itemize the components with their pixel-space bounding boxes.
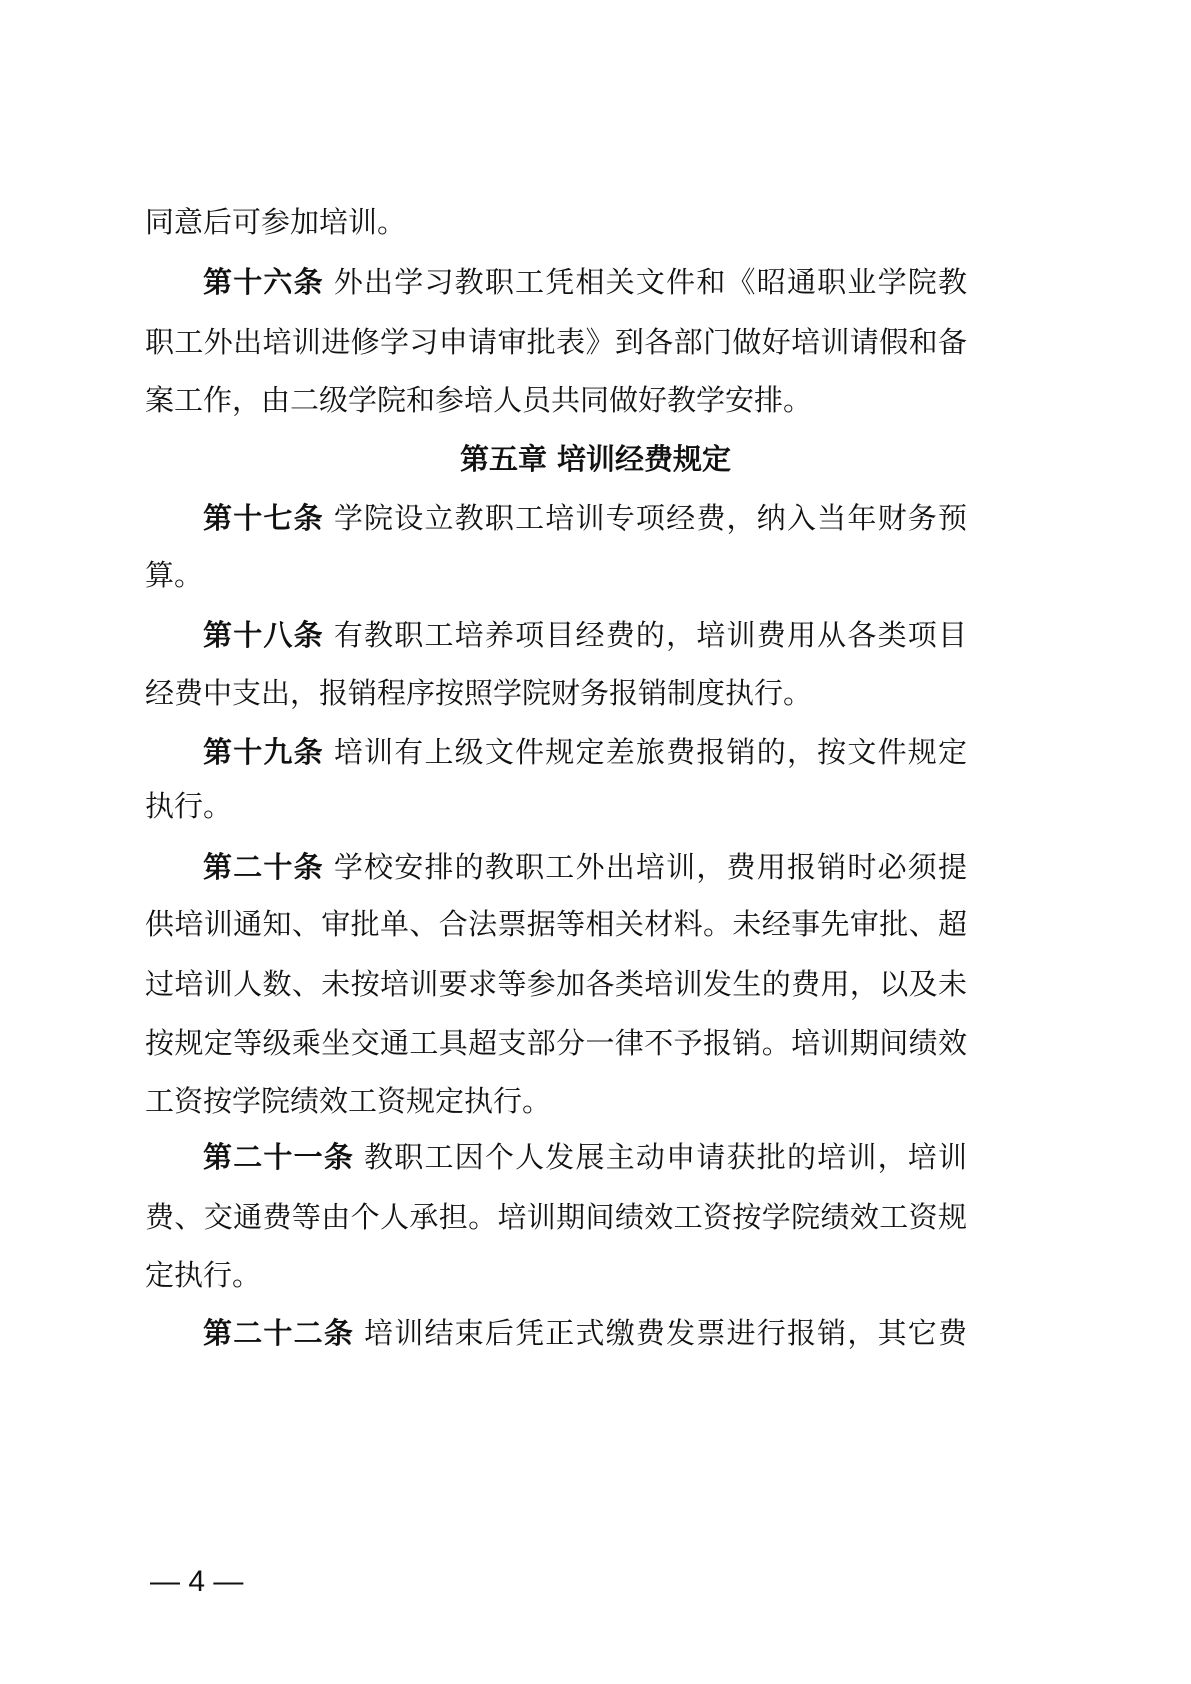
article-18: 第十八条有教职工培养项目经费的，培训费用从各类项目 <box>203 617 967 653</box>
paragraph-line: 供培训通知、审批单、合法票据等相关材料。未经事先审批、超 <box>145 906 967 942</box>
line-text: 算。 <box>145 558 203 592</box>
page-number: — 4 — <box>150 1564 243 1600</box>
line-text: 供培训通知、审批单、合法票据等相关材料。未经事先审批、超 <box>145 907 967 941</box>
chapter-heading: 第五章 培训经费规定 <box>0 441 1191 477</box>
article-16: 第十六条外出学习教职工凭相关文件和《昭通职业学院教 <box>203 264 967 300</box>
line-text: 教职工因个人发展主动申请获批的培训，培训 <box>364 1140 967 1174</box>
paragraph-line: 算。 <box>145 557 967 593</box>
line-text: 执行。 <box>145 789 232 823</box>
line-text: 工资按学院绩效工资规定执行。 <box>145 1084 551 1118</box>
article-17: 第十七条学院设立教职工培训专项经费，纳入当年财务预 <box>203 500 967 536</box>
line-text: 定执行。 <box>145 1258 261 1292</box>
line-text: 案工作，由二级学院和参培人员共同做好教学安排。 <box>145 383 812 417</box>
article-label: 第二十二条 <box>203 1316 354 1350</box>
line-text: 过培训人数、未按培训要求等参加各类培训发生的费用，以及未 <box>145 967 967 1001</box>
article-21: 第二十一条教职工因个人发展主动申请获批的培训，培训 <box>203 1139 967 1175</box>
article-20: 第二十条学校安排的教职工外出培训，费用报销时必须提 <box>203 849 967 885</box>
article-label: 第十六条 <box>203 265 324 299</box>
article-label: 第十九条 <box>203 735 324 769</box>
paragraph-line: 工资按学院绩效工资规定执行。 <box>145 1083 967 1119</box>
paragraph-line: 定执行。 <box>145 1257 967 1293</box>
line-text: 学院设立教职工培训专项经费，纳入当年财务预 <box>334 501 967 535</box>
paragraph-line: 同意后可参加培训。 <box>145 204 967 240</box>
line-text: 费、交通费等由个人承担。培训期间绩效工资按学院绩效工资规 <box>145 1200 967 1234</box>
article-label: 第二十一条 <box>203 1140 354 1174</box>
line-text: 经费中支出，报销程序按照学院财务报销制度执行。 <box>145 676 812 710</box>
paragraph-line: 过培训人数、未按培训要求等参加各类培训发生的费用，以及未 <box>145 966 967 1002</box>
article-19: 第十九条培训有上级文件规定差旅费报销的，按文件规定 <box>203 734 967 770</box>
paragraph-line: 案工作，由二级学院和参培人员共同做好教学安排。 <box>145 382 967 418</box>
paragraph-line: 经费中支出，报销程序按照学院财务报销制度执行。 <box>145 675 967 711</box>
line-text: 同意后可参加培训。 <box>145 205 406 239</box>
paragraph-line: 费、交通费等由个人承担。培训期间绩效工资按学院绩效工资规 <box>145 1199 967 1235</box>
paragraph-line: 执行。 <box>145 788 967 824</box>
article-22: 第二十二条培训结束后凭正式缴费发票进行报销，其它费 <box>203 1315 967 1351</box>
paragraph-line: 职工外出培训进修学习申请审批表》到各部门做好培训请假和备 <box>145 324 967 360</box>
article-label: 第十七条 <box>203 501 324 535</box>
line-text: 学校安排的教职工外出培训，费用报销时必须提 <box>334 850 967 884</box>
line-text: 按规定等级乘坐交通工具超支部分一律不予报销。培训期间绩效 <box>145 1026 967 1060</box>
line-text: 培训结束后凭正式缴费发票进行报销，其它费 <box>364 1316 967 1350</box>
line-text: 有教职工培养项目经费的，培训费用从各类项目 <box>334 618 967 652</box>
line-text: 培训有上级文件规定差旅费报销的，按文件规定 <box>334 735 967 769</box>
article-label: 第十八条 <box>203 618 324 652</box>
line-text: 外出学习教职工凭相关文件和《昭通职业学院教 <box>334 265 967 299</box>
line-text: 职工外出培训进修学习申请审批表》到各部门做好培训请假和备 <box>145 325 967 359</box>
paragraph-line: 按规定等级乘坐交通工具超支部分一律不予报销。培训期间绩效 <box>145 1025 967 1061</box>
article-label: 第二十条 <box>203 850 324 884</box>
